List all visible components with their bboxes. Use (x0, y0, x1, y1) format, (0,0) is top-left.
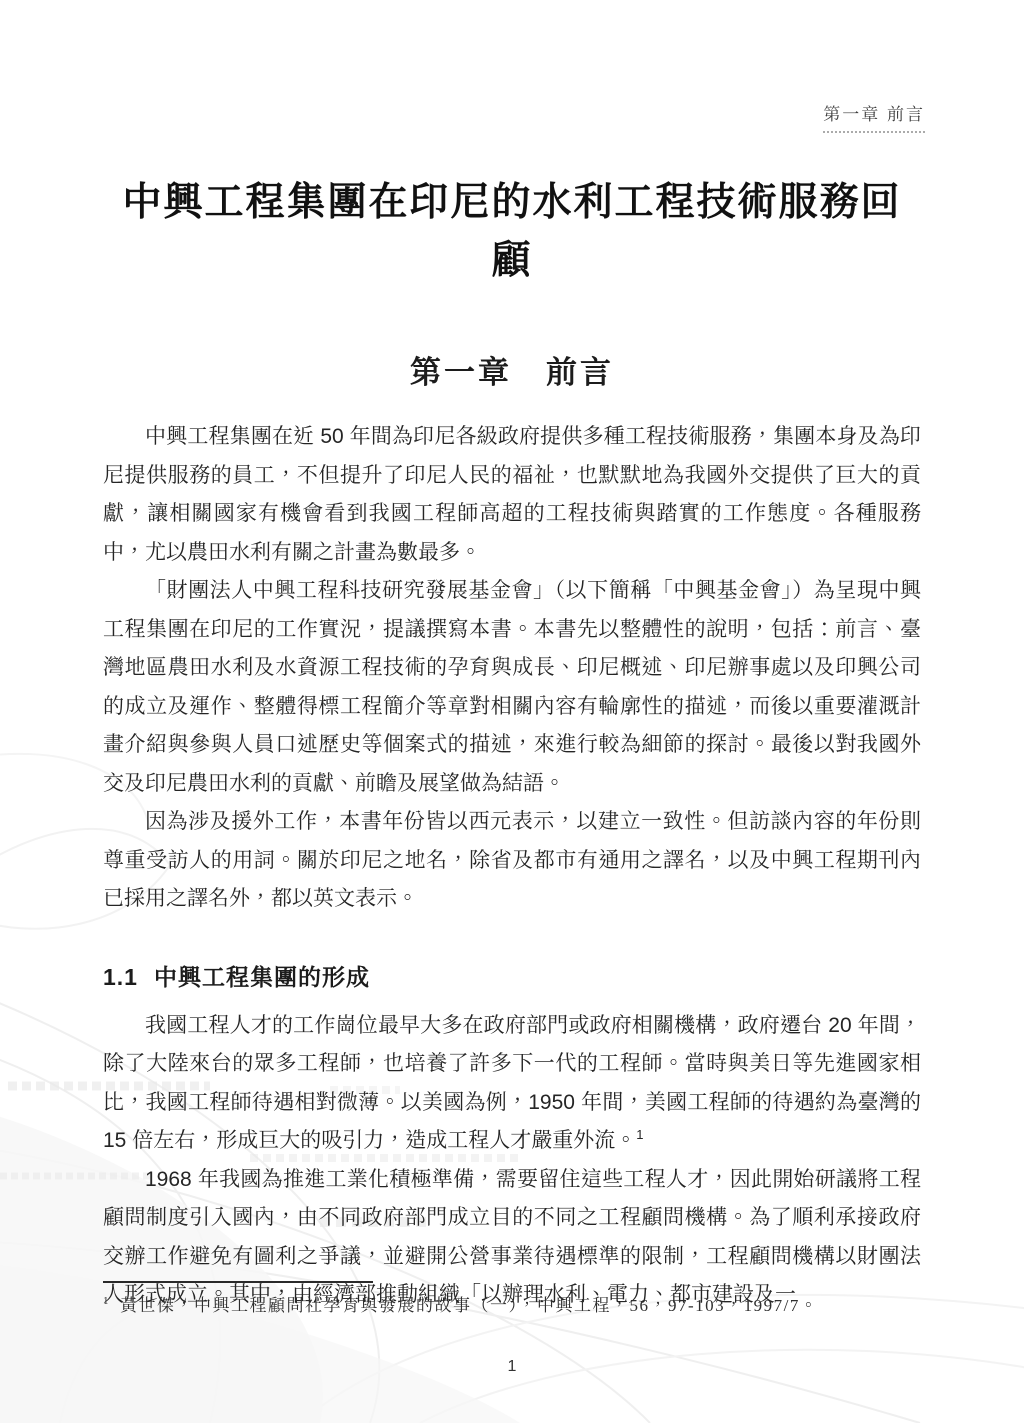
footnote-reference-1: 1 (636, 1127, 643, 1142)
section-number: 1.1 (103, 964, 138, 990)
section-title: 中興工程集團的形成 (154, 964, 370, 990)
footnote-marker: 1 (103, 1295, 110, 1307)
intro-paragraph-3: 因為涉及援外工作，本書年份皆以西元表示，以建立一致性。但訪談內容的年份則尊重受訪… (103, 803, 921, 919)
running-header: 第一章 前言 (823, 100, 925, 133)
footnote: 1黃世傑，中興工程顧問社孕育與發展的故事（一），中興工程，56，97-103，1… (103, 1291, 921, 1316)
page-content: 中興工程集團在印尼的水利工程技術服務回顧 第一章 前言 中興工程集團在近 50 … (0, 0, 1024, 1315)
footnote-divider (103, 1281, 373, 1283)
running-header-text: 第一章 前言 (823, 100, 925, 133)
chapter-heading: 第一章 前言 (103, 352, 921, 394)
section-heading-1-1: 1.1中興工程集團的形成 (103, 959, 921, 992)
section-paragraph-1-text: 我國工程人才的工作崗位最早大多在政府部門或政府相關機構，政府遷台 20 年間，除… (103, 1014, 921, 1153)
intro-paragraph-1: 中興工程集團在近 50 年間為印尼各級政府提供多種工程技術服務，集團本身及為印尼… (103, 418, 921, 572)
intro-paragraph-2: 「財團法人中興工程科技研究發展基金會」（以下簡稱「中興基金會」）為呈現中興工程集… (103, 572, 921, 803)
section-paragraph-1: 我國工程人才的工作崗位最早大多在政府部門或政府相關機構，政府遷台 20 年間，除… (103, 1007, 921, 1161)
document-page: 第一章 前言 中興工程集團在印尼的水利工程技術服務回顧 第一章 前言 中興工程集… (0, 0, 1024, 1423)
page-number: 1 (0, 1358, 1024, 1376)
book-title: 中興工程集團在印尼的水利工程技術服務回顧 (103, 0, 921, 290)
footnote-text: 黃世傑，中興工程顧問社孕育與發展的故事（一），中興工程，56，97-103，19… (120, 1296, 818, 1315)
footnote-block: 1黃世傑，中興工程顧問社孕育與發展的故事（一），中興工程，56，97-103，1… (103, 1281, 921, 1316)
